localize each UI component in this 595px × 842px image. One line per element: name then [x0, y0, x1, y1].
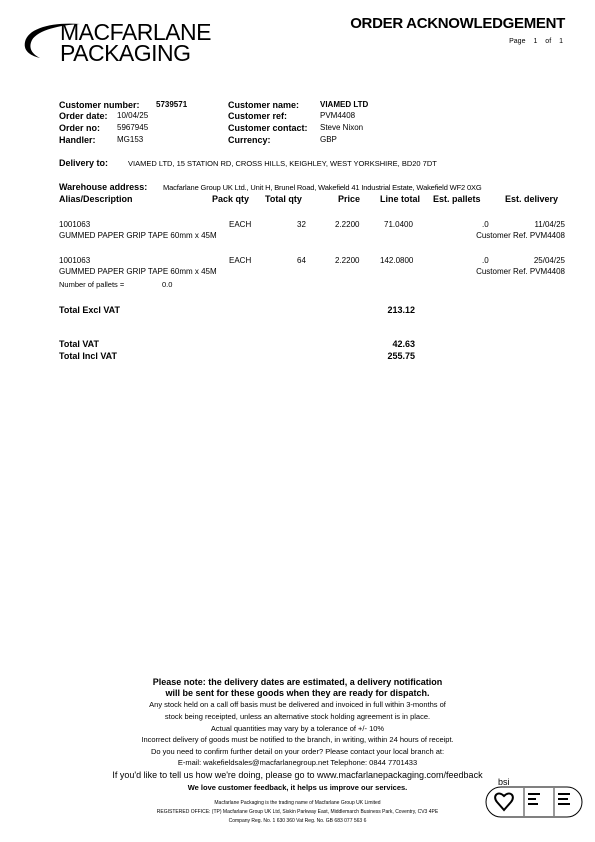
delivery-address: VIAMED LTD, 15 STATION RD, CROSS HILLS, … — [128, 159, 437, 168]
logo-text-line2: PACKAGING — [60, 42, 191, 64]
order-date-value: 10/04/25 — [117, 111, 148, 120]
footer-line6: Incorrect delivery of goods must be noti… — [0, 735, 595, 744]
footer-contact-line: E-mail: wakefieldsales@macfarlanegroup.n… — [0, 758, 595, 767]
row-description: GUMMED PAPER GRIP TAPE 60mm x 45M — [59, 231, 217, 240]
customer-number-value: 5739571 — [156, 100, 187, 109]
row-total-qty: 64 — [297, 256, 306, 265]
total-incl-vat-label: Total Incl VAT — [59, 351, 117, 361]
total-vat-label: Total VAT — [59, 339, 99, 349]
customer-number-label: Customer number: — [59, 100, 140, 110]
col-header-price: Price — [338, 194, 360, 204]
total-excl-vat-label: Total Excl VAT — [59, 305, 120, 315]
customer-contact-value: Steve Nixon — [320, 123, 363, 132]
delivery-to-label: Delivery to: — [59, 158, 108, 168]
warehouse-address: Macfarlane Group UK Ltd., Unit H, Brunel… — [163, 183, 482, 192]
handler-label: Handler: — [59, 135, 96, 145]
col-header-est-delivery: Est. delivery — [505, 194, 558, 204]
footer-line7: Do you need to confirm further detail on… — [0, 747, 595, 756]
row-total-qty: 32 — [297, 220, 306, 229]
row-line-total: 71.0400 — [384, 220, 413, 229]
page-indicator: Page 1 of 1 — [509, 38, 563, 45]
delivery-note-line1: Please note: the delivery dates are esti… — [0, 677, 595, 687]
bsi-label: bsi — [498, 777, 510, 787]
customer-name-label: Customer name: — [228, 100, 299, 110]
customer-ref-label: Customer ref: — [228, 111, 287, 121]
order-no-value: 5967945 — [117, 123, 148, 132]
page-label: Page — [509, 38, 525, 45]
delivery-note-line2: will be sent for these goods when they a… — [0, 688, 595, 698]
page-total: 1 — [559, 38, 563, 45]
row-customer-ref: Customer Ref. PVM4408 — [476, 267, 565, 276]
order-date-label: Order date: — [59, 111, 108, 121]
currency-label: Currency: — [228, 135, 271, 145]
page-of: of — [545, 38, 551, 45]
col-header-total-qty: Total qty — [265, 194, 302, 204]
row-alias: 1001063 — [59, 220, 90, 229]
row-est-delivery: 11/04/25 — [534, 220, 565, 229]
customer-name-value: VIAMED LTD — [320, 100, 368, 109]
row-est-pallets: .0 — [482, 256, 489, 265]
footer-line5: Actual quantities may vary by a toleranc… — [0, 724, 595, 733]
row-pack-qty: EACH — [229, 220, 251, 229]
footer-line4: stock being receipted, unless an alterna… — [0, 712, 595, 721]
total-incl-vat-value: 255.75 — [387, 351, 415, 361]
row-est-pallets: .0 — [482, 220, 489, 229]
customer-contact-label: Customer contact: — [228, 123, 308, 133]
total-excl-vat-value: 213.12 — [387, 305, 415, 315]
handler-value: MG153 — [117, 135, 143, 144]
document-title: ORDER ACKNOWLEDGEMENT — [350, 15, 565, 32]
row-est-delivery: 25/04/25 — [534, 256, 565, 265]
col-header-pack-qty: Pack qty — [212, 194, 249, 204]
customer-ref-value: PVM4408 — [320, 111, 355, 120]
pallets-value: 0.0 — [162, 280, 172, 289]
currency-value: GBP — [320, 135, 337, 144]
pallets-label: Number of pallets = — [59, 280, 124, 289]
page-current: 1 — [533, 38, 537, 45]
row-customer-ref: Customer Ref. PVM4408 — [476, 231, 565, 240]
row-alias: 1001063 — [59, 256, 90, 265]
row-line-total: 142.0800 — [380, 256, 413, 265]
footer-line3: Any stock held on a call off basis must … — [0, 700, 595, 709]
row-price: 2.2200 — [335, 220, 359, 229]
company-logo: MACFARLANE PACKAGING — [22, 18, 222, 68]
total-vat-value: 42.63 — [392, 339, 415, 349]
col-header-est-pallets: Est. pallets — [433, 194, 481, 204]
row-price: 2.2200 — [335, 256, 359, 265]
row-pack-qty: EACH — [229, 256, 251, 265]
bsi-certification-badge: bsi — [484, 777, 584, 819]
warehouse-label: Warehouse address: — [59, 182, 147, 192]
col-header-line-total: Line total — [380, 194, 420, 204]
col-header-alias-description: Alias/Description — [59, 194, 133, 204]
order-no-label: Order no: — [59, 123, 100, 133]
row-description: GUMMED PAPER GRIP TAPE 60mm x 45M — [59, 267, 217, 276]
